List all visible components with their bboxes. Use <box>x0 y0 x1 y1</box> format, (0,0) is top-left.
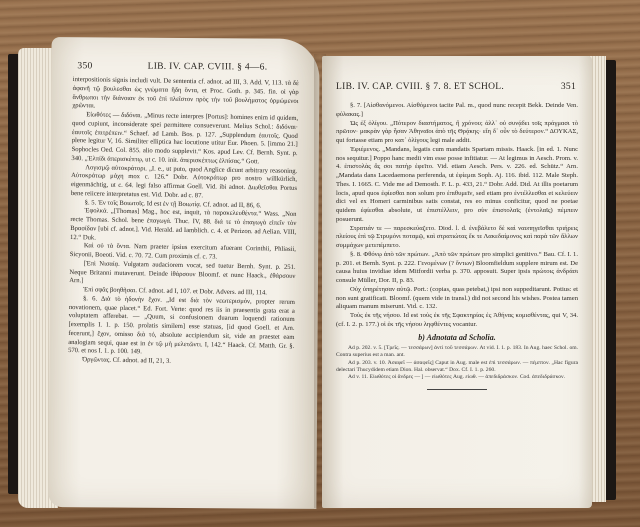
left-page-number: 350 <box>77 61 92 71</box>
right-header-title: LIB. IV. CAP. CVIII. § 7. 8. ET SCHOL. <box>336 82 504 92</box>
paragraph: Οὐχ ὑπηρέτησαν αὐτῷ. Port.: (copias, qua… <box>336 286 578 312</box>
scholia-note: Ad p. 202. v. 5. [Τρεῖς. — τεσσάρων] ἀντ… <box>336 345 578 359</box>
paragraph: Ὡς ἐξ ὀλίγου. „Πότερον διαστήματος, ἢ χρ… <box>336 120 578 146</box>
left-header-title: LIB. IV. CAP. CVIII. § 4—6. <box>148 62 268 73</box>
scholia-note: Ad p. 203. v. 10. Ἀσαφεῖ — ἀσαφεῖς] Capu… <box>336 360 578 374</box>
left-page: 350 LIB. IV. CAP. CVIII. § 4—6. interpos… <box>48 37 319 509</box>
paragraph: Λογισμῷ αὐτοκράτορι. „I. e., ut puto, qu… <box>71 164 298 203</box>
paragraph: interpositionis signis includi vult. De … <box>72 76 299 115</box>
right-running-head: LIB. IV. CAP. CVIII. § 7. 8. ET SCHOL. 3… <box>336 82 576 92</box>
paragraph: §. 6. Διὰ τὸ ἡδονὴν ἔχον. „Id est διὰ τὸ… <box>68 295 295 360</box>
right-page-number: 351 <box>561 82 576 92</box>
paragraph: [Ἐπὶ Νισαίᾳ. Vulgatam audaciorem vocat, … <box>69 260 295 290</box>
left-page-body: interpositionis signis includi vult. De … <box>68 76 299 369</box>
paragraph: Ἐφιέμενος. „Mandans, legatis cum mandati… <box>336 146 578 225</box>
right-page-body: §. 7. [Αἰσθανόμενοι. Αἰσθόμενοι tacite P… <box>336 102 578 390</box>
paragraph: Εἰωθότες — διδόναι. „Minus recte interpr… <box>71 111 298 167</box>
end-rule-divider <box>427 389 487 390</box>
paragraph: Ἐφολκά. „[Thomas] Mag., hoc est, inquit,… <box>70 207 297 246</box>
scholia-heading: b) Adnotata ad Scholia. <box>336 334 578 343</box>
paragraph: Στρατιάν τε — παρεσκεύαζετο. Diod. l. d.… <box>336 225 578 251</box>
paragraph: §. 8. Φθόνῳ ἀπὸ τῶν πρώτων. „Ἀπὸ τῶν πρώ… <box>336 251 578 286</box>
left-running-head: 350 LIB. IV. CAP. CVIII. § 4—6. <box>77 61 267 72</box>
scholia-note: Ad v. 11. Εἰωθότες οἱ ἄνδρες — ] — εἰωθό… <box>336 374 578 381</box>
right-page: LIB. IV. CAP. CVIII. § 7. 8. ET SCHOL. 3… <box>322 56 592 508</box>
paragraph: Τοὺς ἐκ τῆς νήσου. Id est τοὺς ἐκ τῆς Σφ… <box>336 312 578 330</box>
paragraph: §. 7. [Αἰσθανόμενοι. Αἰσθόμενοι tacite P… <box>336 102 578 120</box>
